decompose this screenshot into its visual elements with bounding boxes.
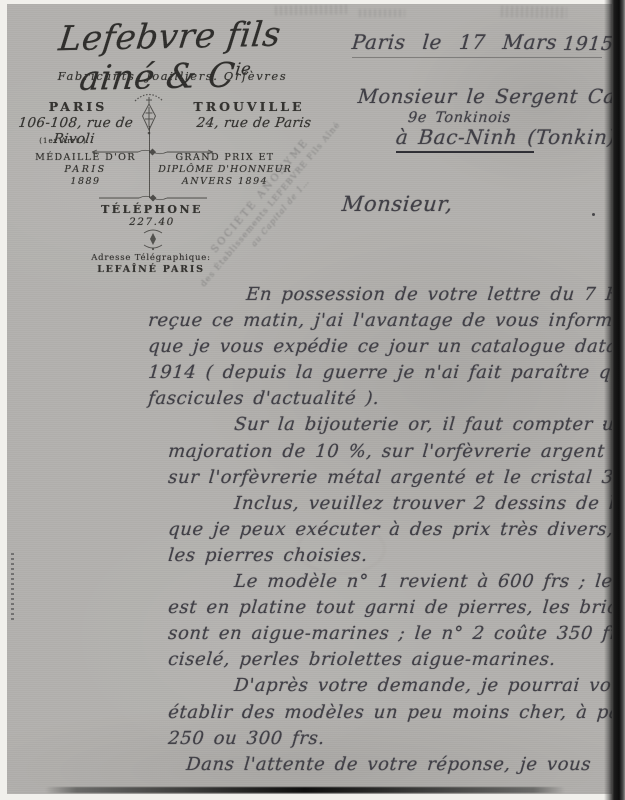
- ink-dot: [592, 213, 595, 216]
- letter-body-line: que je peux exécuter à des prix très div…: [167, 519, 612, 545]
- scanned-letter: SOCIÉTÉ ANONYME des Établissements LEFEB…: [0, 0, 625, 800]
- letter-body-line: Dans l'attente de votre réponse, je vous: [167, 754, 612, 780]
- award-line: MÉDAILLE D'OR: [23, 152, 148, 164]
- letter-body-line: 1914 ( depuis la guerre je n'ai fait par…: [147, 362, 612, 388]
- letter-page: SOCIÉTÉ ANONYME des Établissements LEFEB…: [7, 4, 612, 794]
- letter-body-line: sont en aigue-marines ; le n° 2 coûte 35…: [167, 623, 612, 649]
- recipient-place: à Bac-Ninh (Tonkin): [395, 125, 612, 149]
- bleedthrough-smudge: [501, 5, 567, 18]
- recipient-unit: 9e Tonkinois: [407, 110, 511, 126]
- letter-body-line: les pierres choisies.: [167, 545, 612, 571]
- city-paris: PARIS: [33, 99, 123, 114]
- letter-body-line: que je vous expédie ce jour un catalogue…: [147, 336, 612, 362]
- column-divider-stem: [149, 126, 150, 198]
- company-name-text: Lefebvre fils ainé & C: [57, 15, 284, 99]
- printed-date-rule: [352, 57, 602, 58]
- scan-right-edge: [604, 0, 625, 800]
- letter-body-line: D'après votre demande, je pourrai vous: [167, 675, 612, 701]
- letter-body-line: Inclus, veuillez trouver 2 dessins de br…: [167, 493, 612, 519]
- letter-body-line: établir des modèles un peu moins cher, à…: [167, 702, 612, 728]
- trade-line: Fabricants. Joailliers. Orfèvres: [45, 69, 300, 83]
- letter-body-line: majoration de 10 %, sur l'orfèvrerie arg…: [167, 441, 612, 467]
- recipient-underline: [396, 151, 534, 153]
- award-medal-block: MÉDAILLE D'OR PARIS 1889: [23, 152, 148, 188]
- dateline: Paris le 17 Mars: [351, 30, 558, 54]
- letter-body-line: est en platine tout garni de pierres, le…: [167, 597, 612, 623]
- recipient-name: Monsieur le Sergent Canasi: [357, 85, 612, 108]
- stamp-line: des Établissements LEFEBVRE Fils Aîné: [199, 120, 343, 289]
- letter-body: En possession de votre lettre du 7 Févri…: [148, 284, 612, 780]
- bleedthrough-smudge: [359, 9, 405, 17]
- page-bottom-edge-shadow: [45, 787, 565, 793]
- letter-body-line: fascicules d'actualité ).: [147, 388, 612, 414]
- letter-body-line: Sur la bijouterie or, il faut compter un…: [167, 414, 612, 440]
- award-line: 1889: [23, 176, 148, 188]
- letter-body-line: ciselé, perles briolettes aigue-marines.: [167, 649, 612, 675]
- arrondissement-note: (1er Arrt.): [35, 137, 91, 145]
- letter-body-line: sur l'orfèvrerie métal argenté et le cri…: [167, 467, 612, 493]
- letter-body-line: Le modèle n° 1 revient à 600 frs ; le nœ…: [167, 571, 612, 597]
- letter-body-line: 250 ou 300 frs.: [167, 728, 612, 754]
- letter-body-line: reçue ce matin, j'ai l'avantage de vous …: [147, 310, 612, 336]
- printer-mark: [11, 553, 14, 621]
- award-line: PARIS: [23, 164, 148, 176]
